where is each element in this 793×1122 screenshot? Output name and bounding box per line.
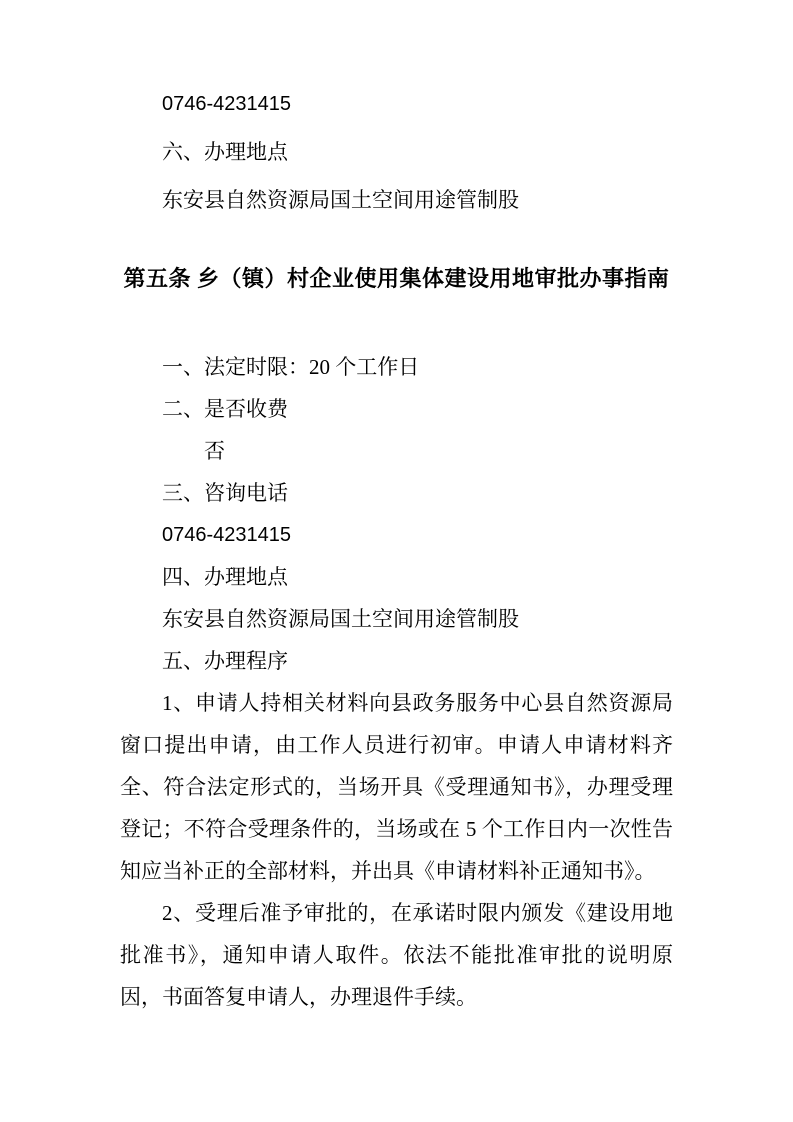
guide-phone-title: 三、咨询电话 [120,472,673,514]
guide-phone-number: 0746-4231415 [120,514,673,556]
guide-location-address: 东安县自然资源局国土空间用途管制股 [120,598,673,640]
guide-fee-question: 二、是否收费 [120,388,673,430]
guide-time-limit: 一、法定时限：20 个工作日 [120,346,673,388]
section-six-location-title: 六、办理地点 [120,128,673,176]
section-six-location-address: 东安县自然资源局国土空间用途管制股 [120,176,673,224]
guide-procedure-title: 五、办理程序 [120,640,673,682]
procedure-step-2: 2、受理后准予审批的，在承诺时限内颁发《建设用地批准书》，通知申请人取件。依法不… [120,892,673,1018]
intro-phone-number: 0746-4231415 [120,80,673,128]
document-page: 0746-4231415 六、办理地点 东安县自然资源局国土空间用途管制股 第五… [0,0,793,1122]
guide-location-title: 四、办理地点 [120,556,673,598]
procedure-step-1: 1、申请人持相关材料向县政务服务中心县自然资源局窗口提出申请，由工作人员进行初审… [120,682,673,892]
article-five-heading: 第五条 乡（镇）村企业使用集体建设用地审批办事指南 [120,258,673,300]
guide-fee-answer: 否 [120,430,673,472]
